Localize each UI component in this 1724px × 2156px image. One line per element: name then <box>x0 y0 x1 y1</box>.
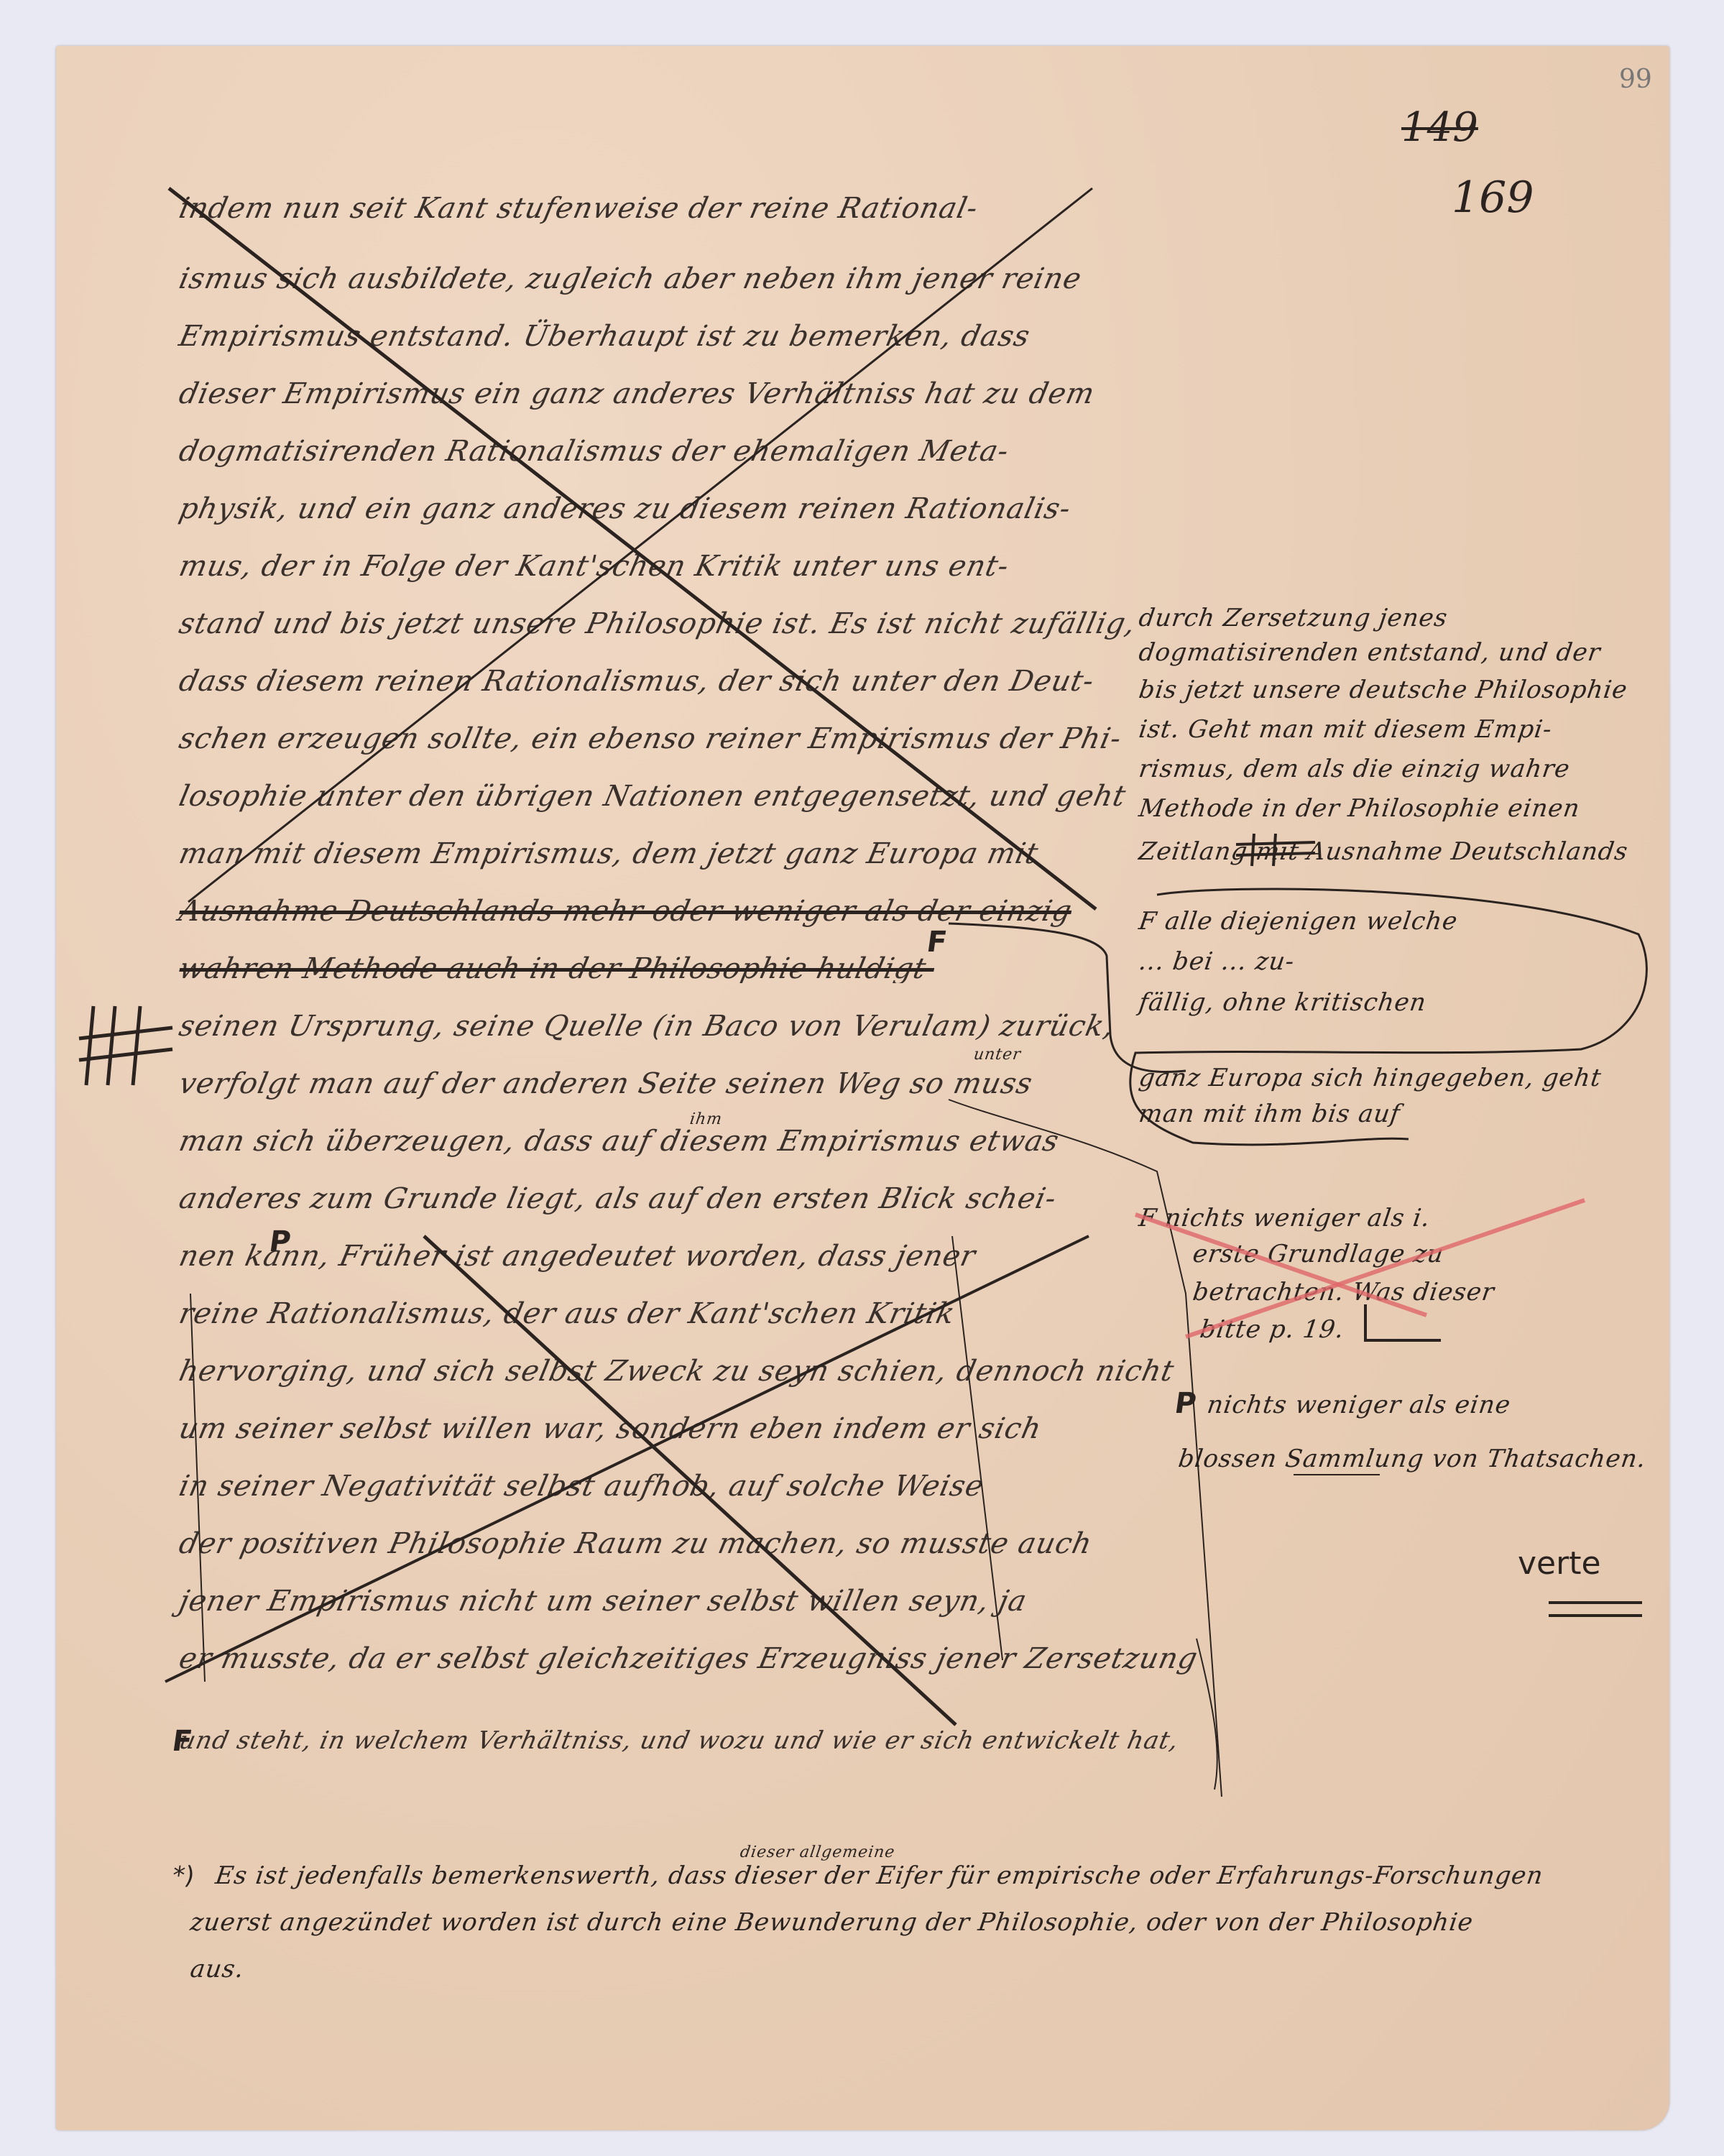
cross-out-stroke <box>165 1236 1089 1682</box>
grid-mark-icon <box>79 1006 172 1085</box>
cross-out-stroke <box>424 1236 956 1725</box>
grid-mark-icon <box>1236 834 1315 866</box>
cross-out-strokes <box>0 0 1724 2156</box>
red-cross-stroke <box>1186 1200 1585 1337</box>
cross-out-stroke <box>188 188 1092 902</box>
